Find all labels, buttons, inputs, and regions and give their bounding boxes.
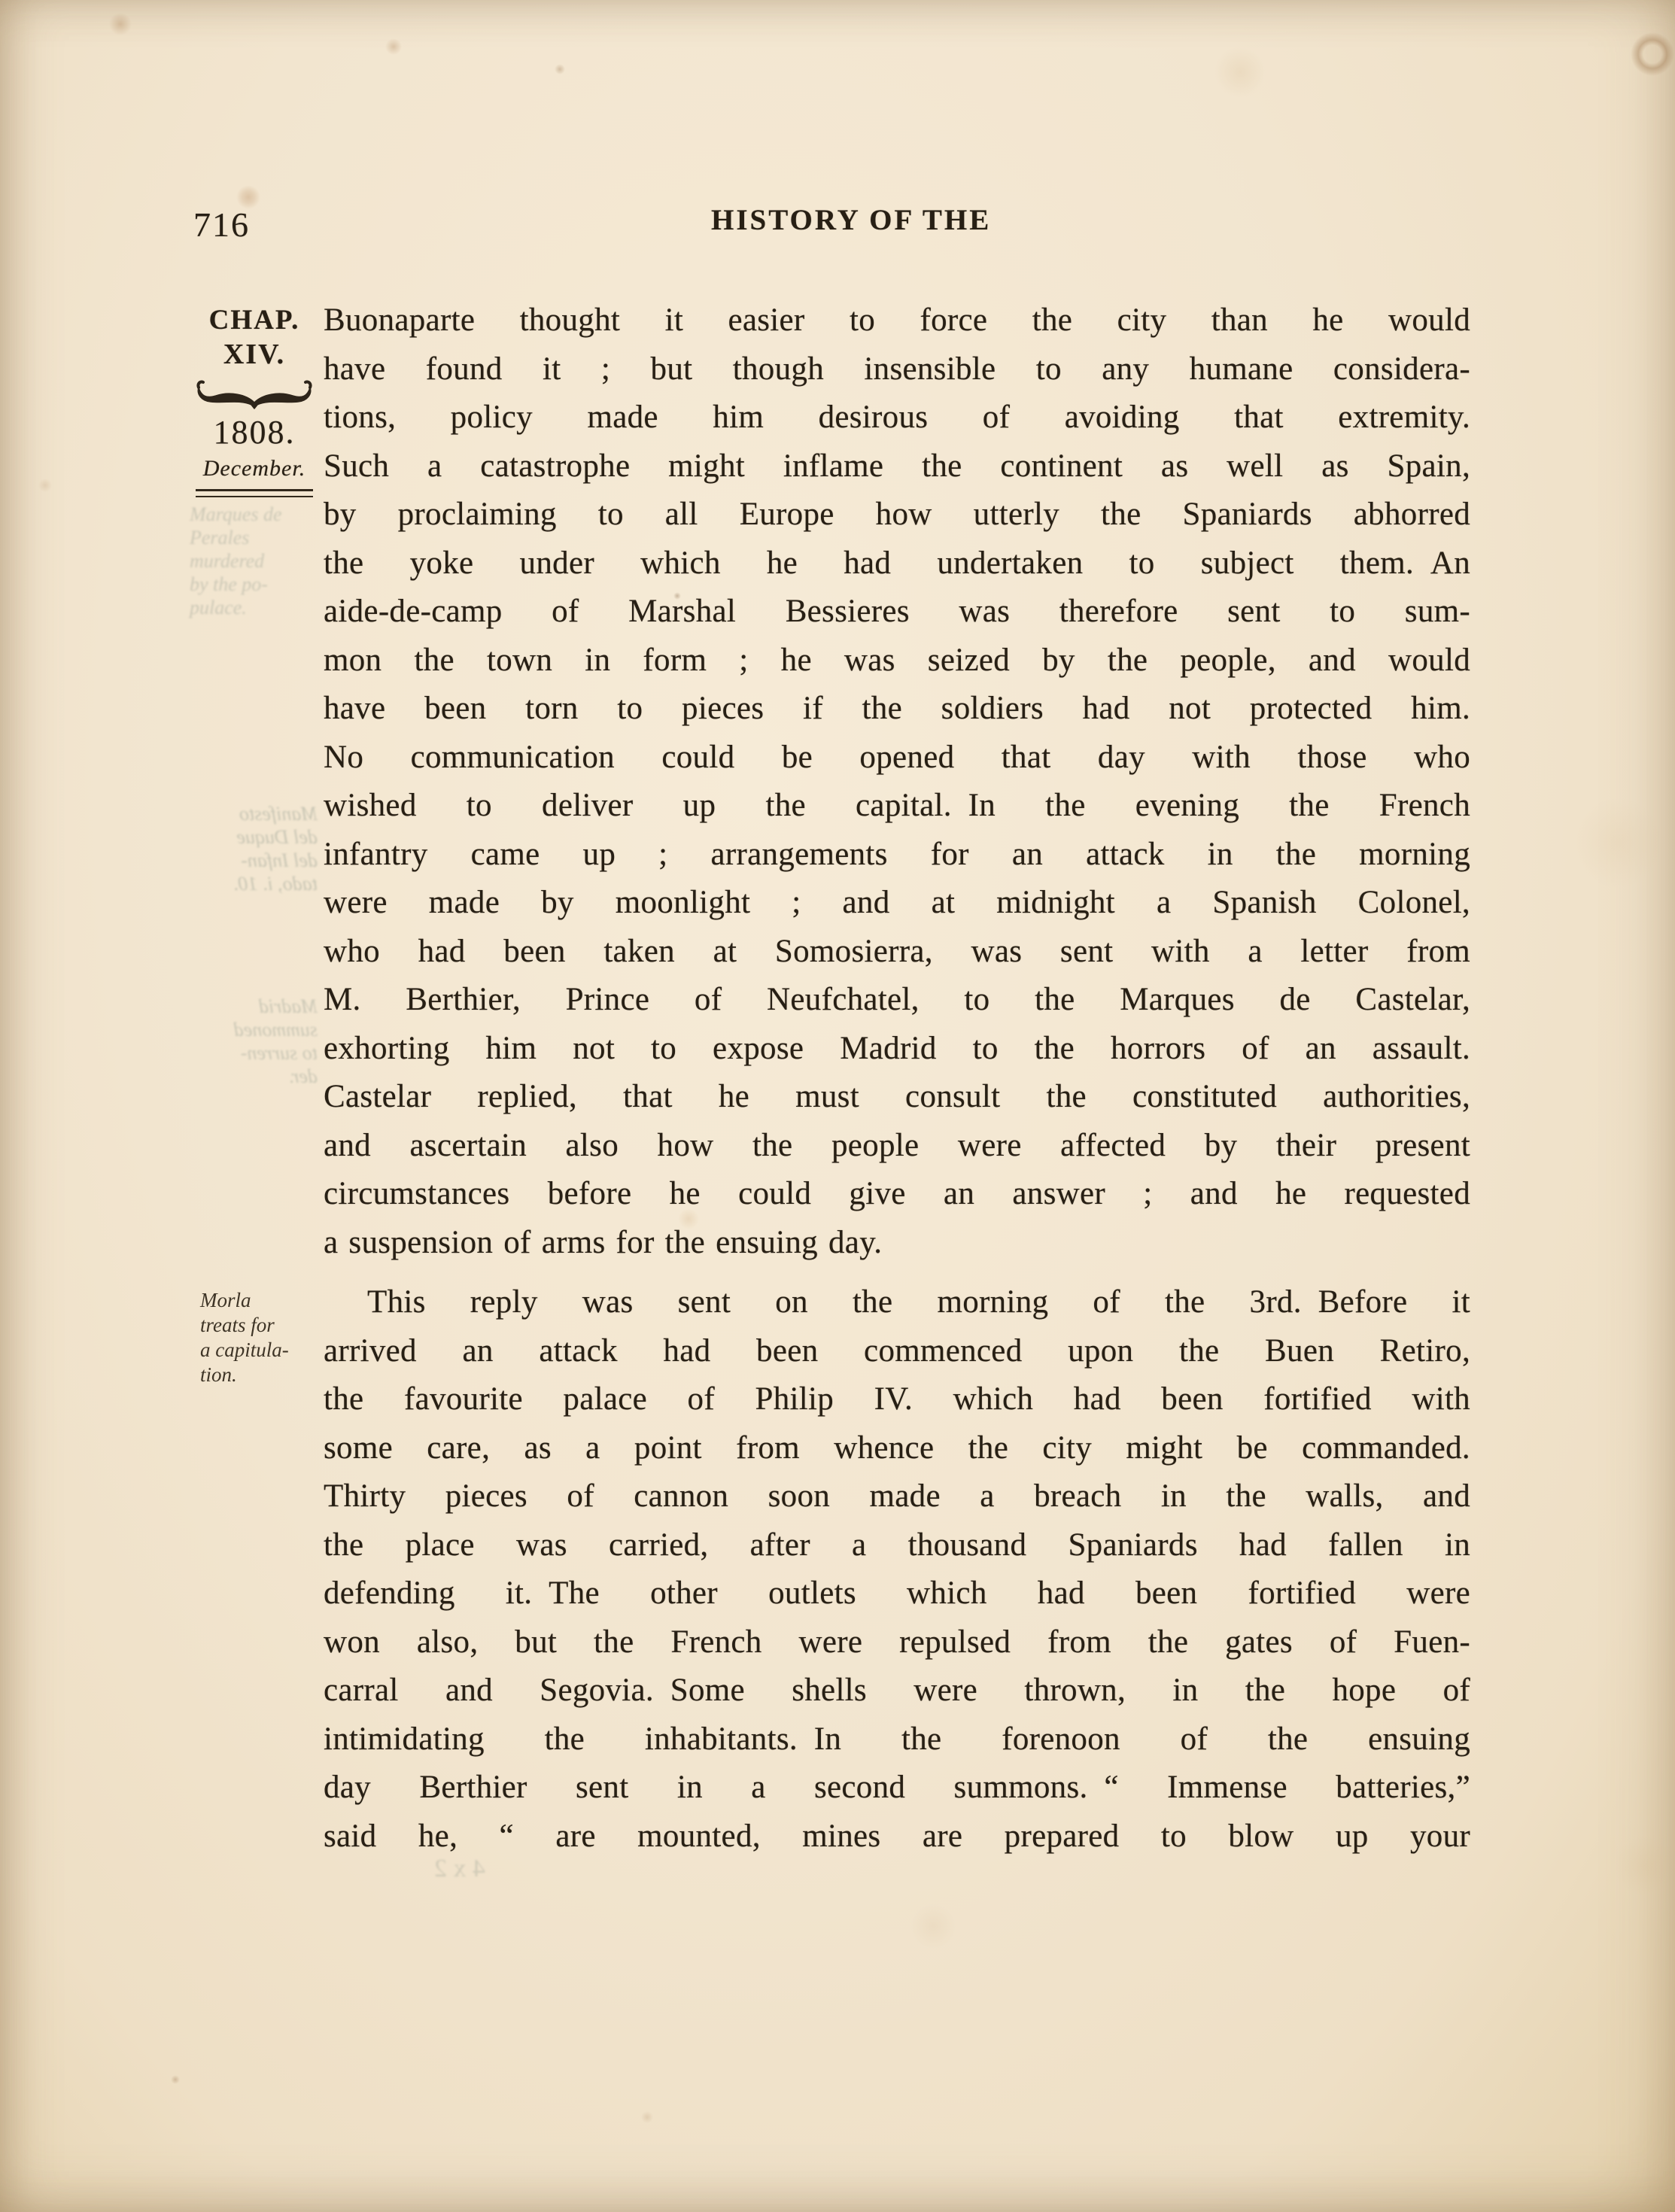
year-label: 1808.: [188, 413, 321, 451]
text-line: the place was carried, after a thousand …: [324, 1521, 1470, 1570]
running-header: HISTORY OF THE: [711, 203, 991, 237]
text-line: This reply was sent on the morning of th…: [324, 1278, 1470, 1327]
ghost-text-line: der.: [190, 1065, 318, 1088]
ghost-text-line: to surren-: [190, 1041, 318, 1065]
text-line: carral and Segovia. Some shells were thr…: [324, 1667, 1470, 1715]
text-line: intimidating the inhabitants. In the for…: [324, 1715, 1470, 1764]
text-line: Thirty pieces of cannon soon made a brea…: [324, 1472, 1470, 1521]
chapter-label: CHAP.: [188, 304, 321, 336]
text-line: Castelar replied, that he must consult t…: [324, 1073, 1470, 1122]
text-line: were made by moonlight ; and at midnight…: [324, 879, 1470, 928]
text-line: circumstances before he could give an an…: [324, 1170, 1470, 1219]
side-note-line: tion.: [200, 1363, 328, 1387]
text-line: a suspension of arms for the ensuing day…: [324, 1219, 1470, 1268]
text-line: the yoke under which he had undertaken t…: [324, 539, 1470, 588]
text-line: tions, policy made him desirous of avoid…: [324, 393, 1470, 442]
text-line: arrived an attack had been commenced upo…: [324, 1327, 1470, 1376]
ghost-text-line: pulace.: [190, 596, 318, 619]
side-note-line: treats for: [200, 1313, 328, 1338]
text-line: won also, but the French were repulsed f…: [324, 1618, 1470, 1667]
double-rule: [196, 489, 313, 497]
ghost-text-line: tado, i. 10.: [190, 872, 318, 895]
text-line: mon the town in form ; he was seized by …: [324, 637, 1470, 685]
side-note-line: a capitula-: [200, 1338, 328, 1363]
text-line: wished to deliver up the capital. In the…: [324, 782, 1470, 831]
ghost-text-line: Perales: [190, 526, 318, 549]
text-line: the favourite palace of Philip IV. which…: [324, 1375, 1470, 1424]
paragraph: Buonaparte thought it easier to force th…: [324, 296, 1470, 1267]
text-line: infantry came up ; arrangements for an a…: [324, 831, 1470, 880]
chapter-brace-ornament: [195, 377, 314, 410]
month-label: December.: [188, 456, 321, 482]
ghost-text-line: Marques de: [190, 503, 318, 526]
text-line: said he, “ are mounted, mines are prepar…: [324, 1812, 1470, 1861]
margin-side-note: Morla treats for a capitula- tion.: [200, 1288, 328, 1387]
ghost-text-line: del Infan-: [190, 849, 318, 872]
text-line: some care, as a point from whence the ci…: [324, 1424, 1470, 1473]
showthrough-note: Marques dePeralesmurderedby the po-pulac…: [190, 503, 318, 619]
showthrough-note: Madridsummonedto surren-der.: [190, 995, 318, 1088]
side-note-line: Morla: [200, 1288, 328, 1313]
text-line: who had been taken at Somosierra, was se…: [324, 928, 1470, 977]
text-line: have found it ; but though insensible to…: [324, 345, 1470, 394]
chapter-number: XIV.: [188, 338, 321, 371]
paragraph: This reply was sent on the morning of th…: [324, 1278, 1470, 1861]
text-line: M. Berthier, Prince of Neufchatel, to th…: [324, 976, 1470, 1025]
book-page-scan: 716 HISTORY OF THE CHAP. XIV. 1808. Dece…: [0, 0, 1675, 2212]
ghost-text-line: summoned: [190, 1018, 318, 1041]
text-line: exhorting him not to expose Madrid to th…: [324, 1025, 1470, 1074]
text-line: day Berthier sent in a second summons. “…: [324, 1764, 1470, 1812]
ghost-text-line: murdered: [190, 549, 318, 573]
text-line: by proclaiming to all Europe how utterly…: [324, 491, 1470, 539]
text-line: defending it. The other outlets which ha…: [324, 1569, 1470, 1618]
text-line: Buonaparte thought it easier to force th…: [324, 296, 1470, 345]
showthrough-note: Manifestodel Duquedel Infan-tado, i. 10.: [190, 802, 318, 895]
page-number: 716: [193, 205, 250, 245]
text-line: have been torn to pieces if the soldiers…: [324, 685, 1470, 734]
text-line: No communication could be opened that da…: [324, 734, 1470, 782]
ghost-text-line: Manifesto: [190, 802, 318, 825]
text-line: Such a catastrophe might inflame the con…: [324, 442, 1470, 491]
ghost-text-line: del Duque: [190, 825, 318, 849]
chapter-margin-heading: CHAP. XIV. 1808. December.: [188, 304, 321, 497]
text-line: aide-de-camp of Marshal Bessieres was th…: [324, 588, 1470, 637]
ghost-text-line: Madrid: [190, 995, 318, 1018]
ghost-text-line: by the po-: [190, 573, 318, 596]
text-line: and ascertain also how the people were a…: [324, 1122, 1470, 1171]
